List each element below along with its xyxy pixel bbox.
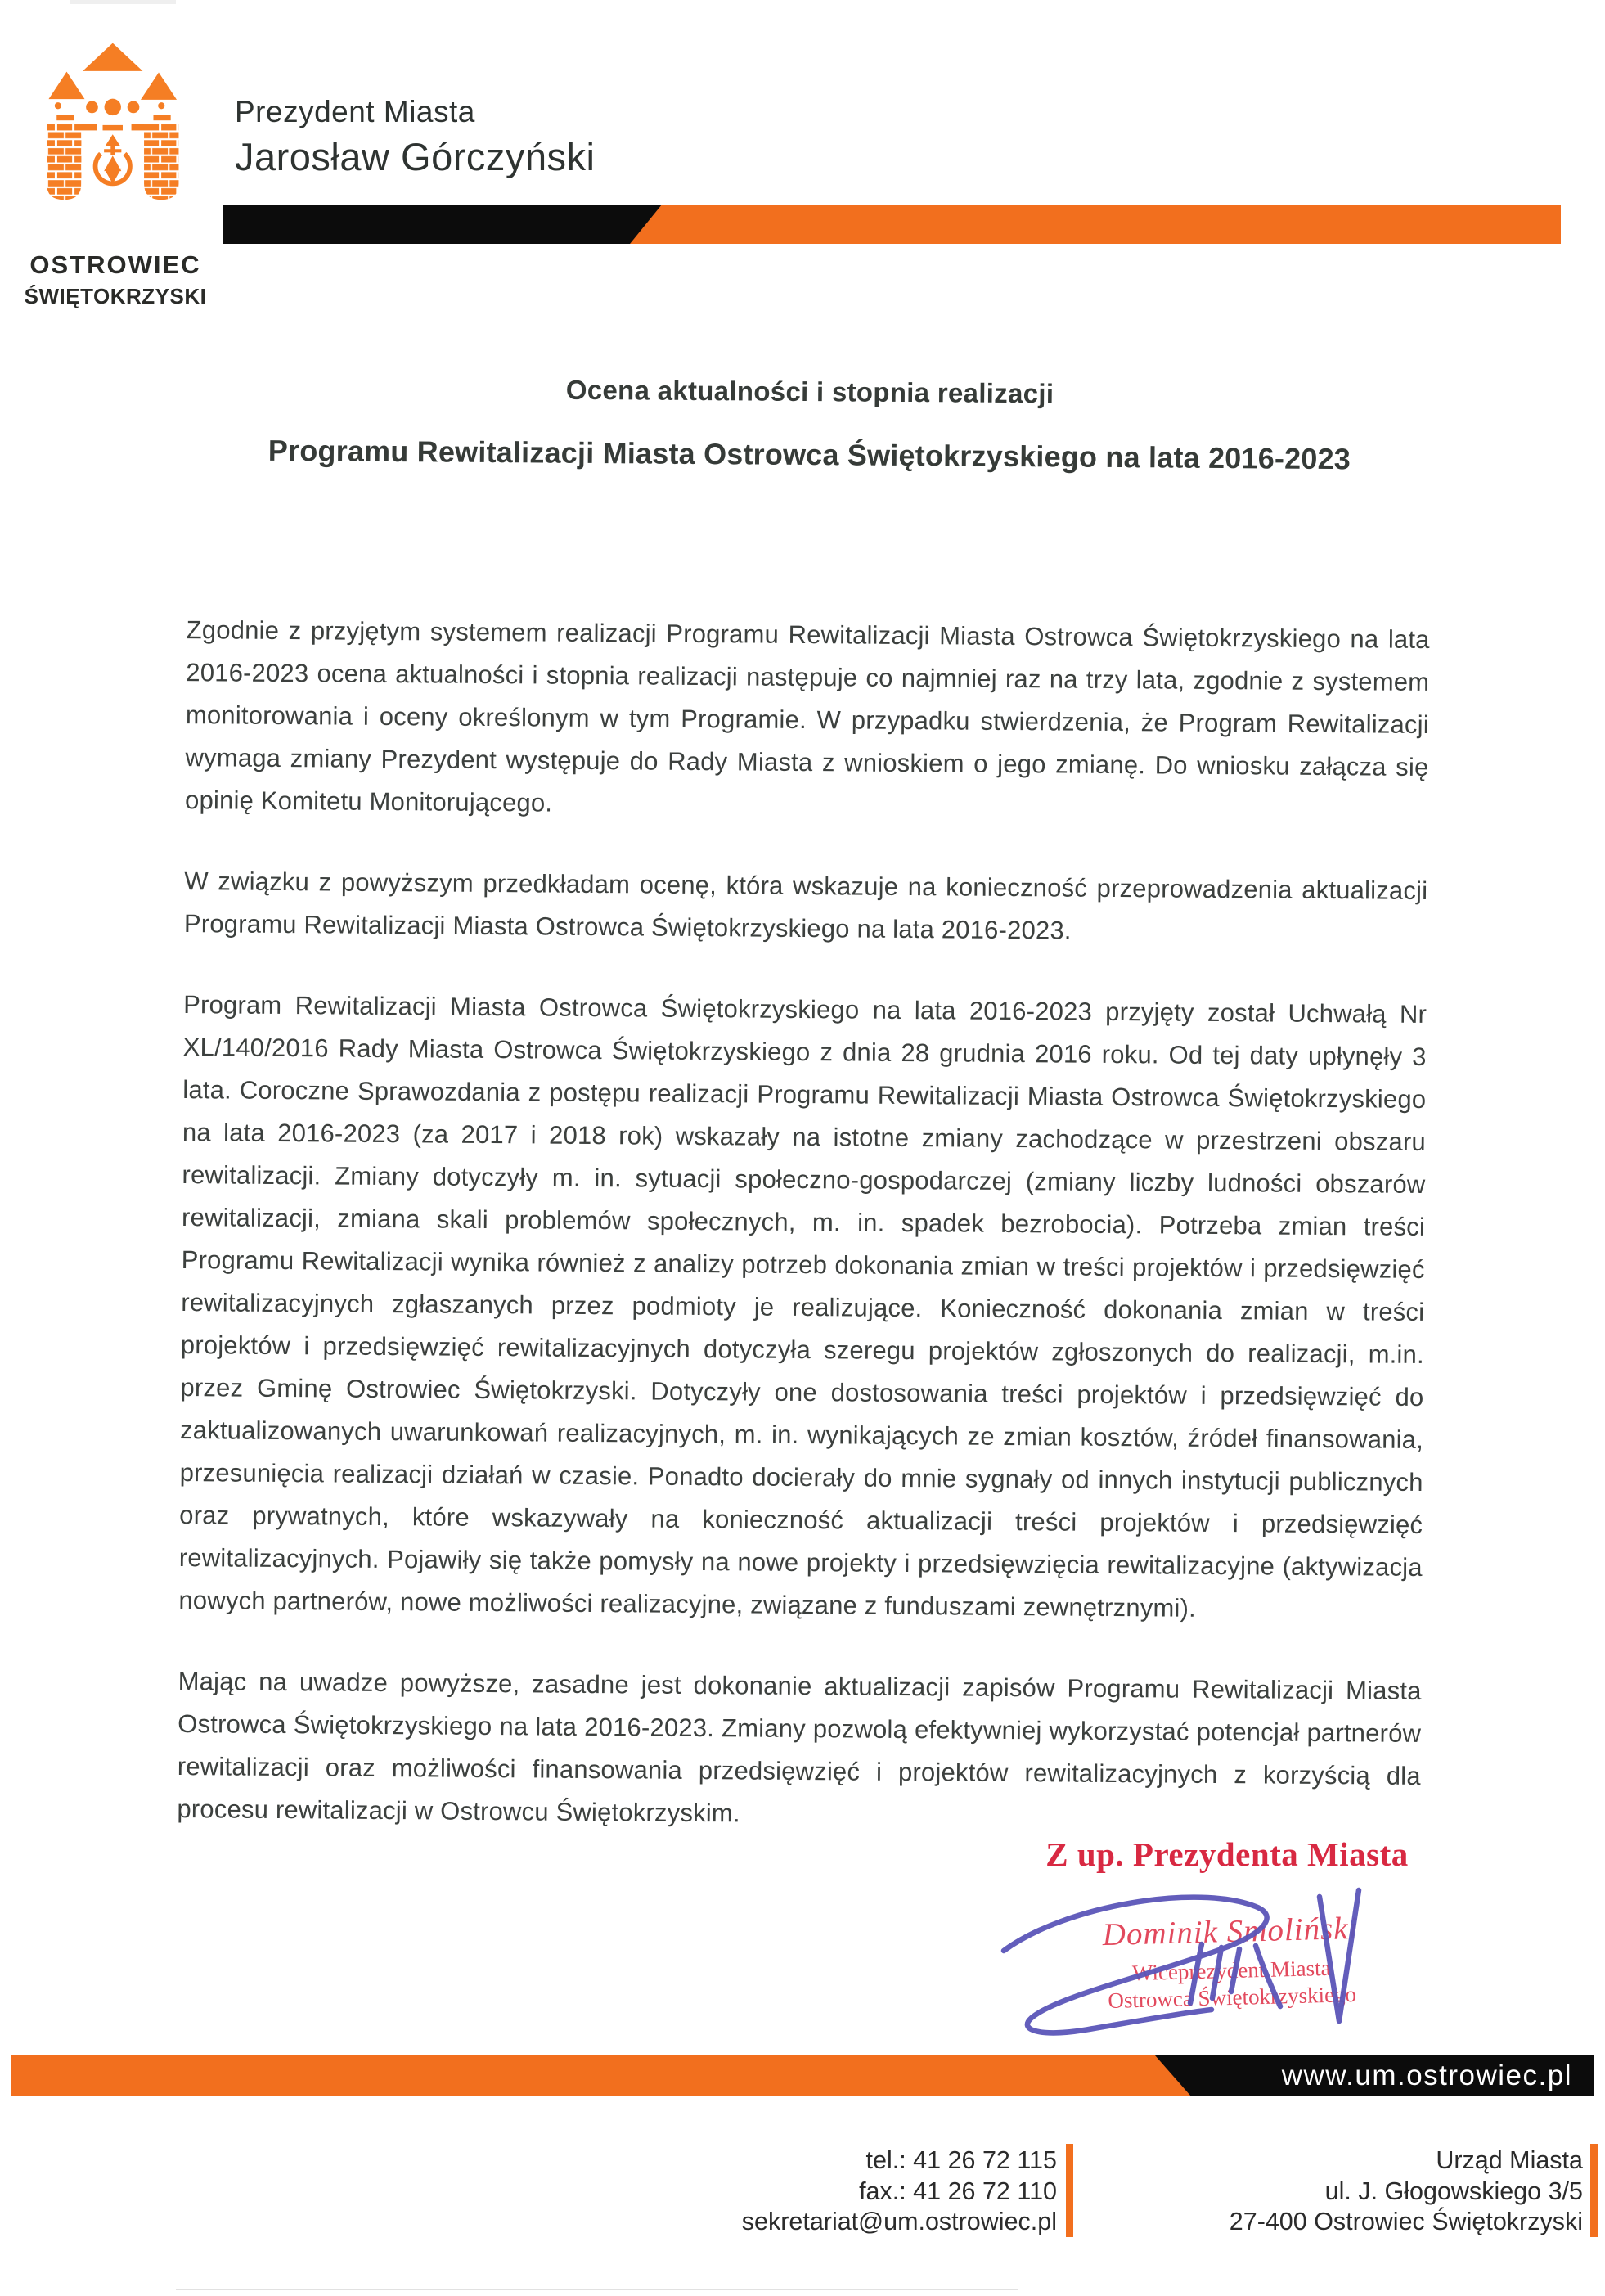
footer-divider-bar (1590, 2144, 1598, 2237)
letter-paragraphs: Zgodnie z przyjętym systemem realizacji … (177, 609, 1430, 1879)
document-title-line2: Programu Rewitalizacji Miasta Ostrowca Ś… (187, 433, 1431, 477)
footer-contact-block: tel.: 41 26 72 115 fax.: 41 26 72 110 se… (573, 2145, 1057, 2238)
footer-office-name: Urząd Miasta (1096, 2145, 1583, 2177)
document-title-line1: Ocena aktualności i stopnia realizacji (188, 371, 1432, 412)
footer-address-block: Urząd Miasta ul. J. Głogowskiego 3/5 27-… (1096, 2145, 1583, 2238)
footer-fax: fax.: 41 26 72 110 (573, 2177, 1057, 2208)
paragraph-1: Zgodnie z przyjętym systemem realizacji … (185, 609, 1430, 831)
footer-office-street: ul. J. Głogowskiego 3/5 (1096, 2177, 1583, 2208)
website-bar: www.um.ostrowiec.pl (11, 2055, 1594, 2096)
scan-artifact (176, 2289, 1018, 2290)
footer-divider-bar (1066, 2144, 1073, 2237)
paragraph-2: W związku z powyższym przedkładam ocenę,… (184, 860, 1428, 955)
authorization-line: Z up. Prezydenta Miasta (1027, 1835, 1427, 1874)
scan-artifact (70, 0, 176, 4)
paragraph-3: Program Rewitalizacji Miasta Ostrowca Św… (178, 984, 1427, 1632)
handwritten-signature (992, 1872, 1385, 2052)
footer-office-city: 27-400 Ostrowiec Świętokrzyski (1096, 2207, 1583, 2238)
website-bar-orange-segment (11, 2055, 1191, 2096)
letter-page: OSTROWIEC ŚWIĘTOKRZYSKI Prezydent Miasta… (0, 0, 1605, 2296)
paragraph-4: Mając na uwadze powyższe, zasadne jest d… (177, 1660, 1422, 1840)
footer-phone: tel.: 41 26 72 115 (573, 2145, 1057, 2177)
document-title: Ocena aktualności i stopnia realizacji P… (187, 371, 1432, 477)
footer-email: sekretariat@um.ostrowiec.pl (573, 2207, 1057, 2238)
website-url: www.um.ostrowiec.pl (1282, 2055, 1572, 2096)
